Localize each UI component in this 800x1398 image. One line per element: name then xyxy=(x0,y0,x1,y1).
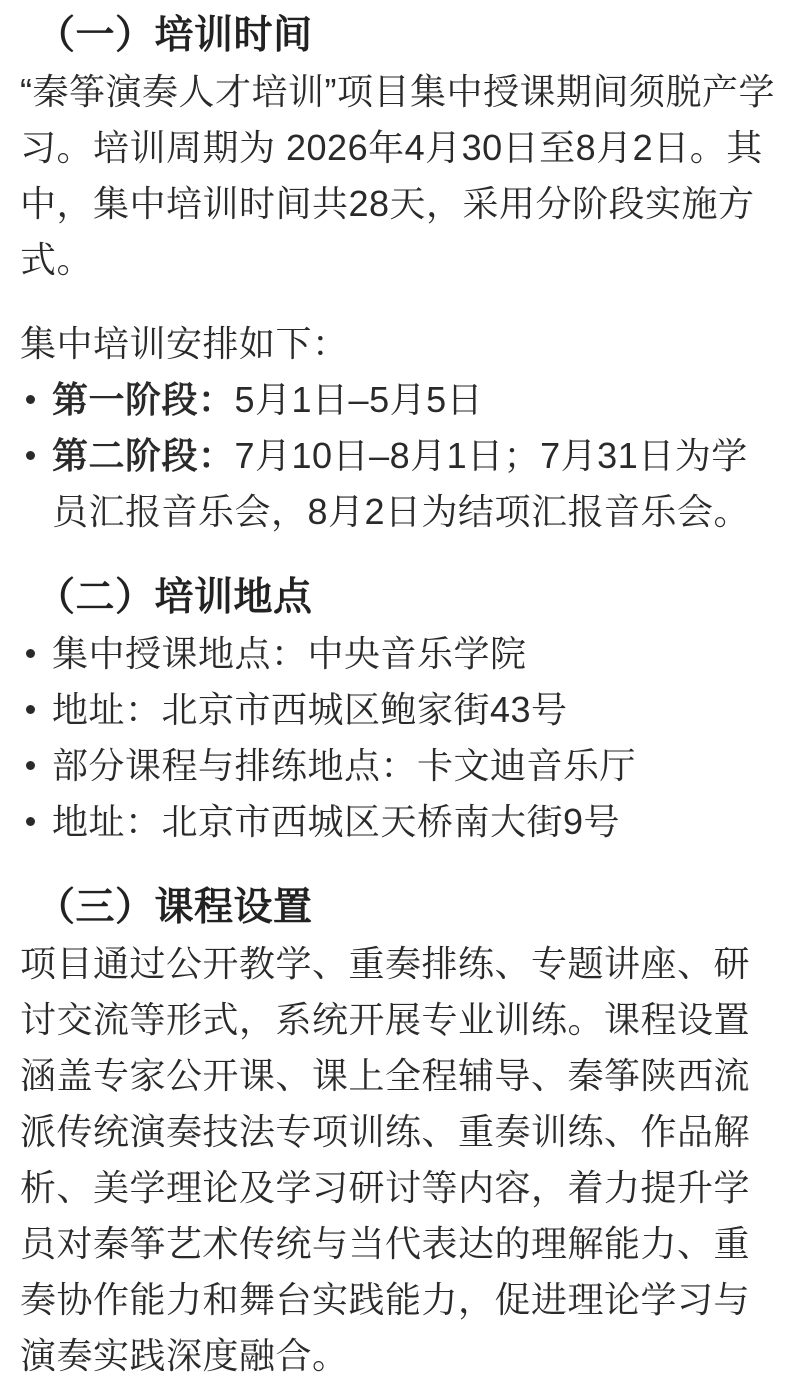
training-phase-list: 第一阶段：5月1日–5月5日 第二阶段：7月10日–8月1日；7月31日为学员汇… xyxy=(20,372,780,540)
list-item-secondary-venue: 部分课程与排练地点：卡文迪音乐厅 xyxy=(20,738,780,794)
secondary-venue-address-text: 地址：北京市西城区天桥南大街9号 xyxy=(52,801,620,842)
list-item-main-venue: 集中授课地点：中央音乐学院 xyxy=(20,626,780,682)
bullet-dot-icon xyxy=(26,451,35,460)
bullet-dot-icon xyxy=(26,649,35,658)
phase-2-label: 第二阶段： xyxy=(52,435,235,476)
document-page: （一）培训时间 “秦筝演奏人才培训”项目集中授课期间须脱产学习。培训周期为 20… xyxy=(0,0,800,1398)
section-training-time: （一）培训时间 “秦筝演奏人才培训”项目集中授课期间须脱产学习。培训周期为 20… xyxy=(20,8,780,540)
main-venue-text: 集中授课地点：中央音乐学院 xyxy=(52,633,527,674)
bullet-dot-icon xyxy=(26,395,35,404)
paragraph-training-period: “秦筝演奏人才培训”项目集中授课期间须脱产学习。培训周期为 2026年4月30日… xyxy=(20,64,780,288)
location-list: 集中授课地点：中央音乐学院 地址：北京市西城区鲍家街43号 部分课程与排练地点：… xyxy=(20,626,780,850)
bullet-dot-icon xyxy=(26,817,35,826)
section-training-location: （二）培训地点 集中授课地点：中央音乐学院 地址：北京市西城区鲍家街43号 部分… xyxy=(20,570,780,850)
secondary-venue-text: 部分课程与排练地点：卡文迪音乐厅 xyxy=(52,745,636,786)
bullet-dot-icon xyxy=(26,705,35,714)
phase-1-label: 第一阶段： xyxy=(52,379,235,420)
section-heading-training-location: （二）培训地点 xyxy=(20,570,780,626)
paragraph-schedule-intro: 集中培训安排如下： xyxy=(20,316,780,372)
list-item-secondary-venue-address: 地址：北京市西城区天桥南大街9号 xyxy=(20,794,780,850)
section-heading-training-time: （一）培训时间 xyxy=(20,8,780,64)
list-item-phase-2: 第二阶段：7月10日–8月1日；7月31日为学员汇报音乐会，8月2日为结项汇报音… xyxy=(20,428,780,540)
phase-1-dates: 5月1日–5月5日 xyxy=(235,379,484,420)
list-item-main-venue-address: 地址：北京市西城区鲍家街43号 xyxy=(20,682,780,738)
section-heading-course-setup: （三）课程设置 xyxy=(20,880,780,936)
paragraph-course-description: 项目通过公开教学、重奏排练、专题讲座、研讨交流等形式，系统开展专业训练。课程设置… xyxy=(20,936,780,1384)
section-course-setup: （三）课程设置 项目通过公开教学、重奏排练、专题讲座、研讨交流等形式，系统开展专… xyxy=(20,880,780,1384)
main-venue-address-text: 地址：北京市西城区鲍家街43号 xyxy=(52,689,568,730)
bullet-dot-icon xyxy=(26,761,35,770)
list-item-phase-1: 第一阶段：5月1日–5月5日 xyxy=(20,372,780,428)
